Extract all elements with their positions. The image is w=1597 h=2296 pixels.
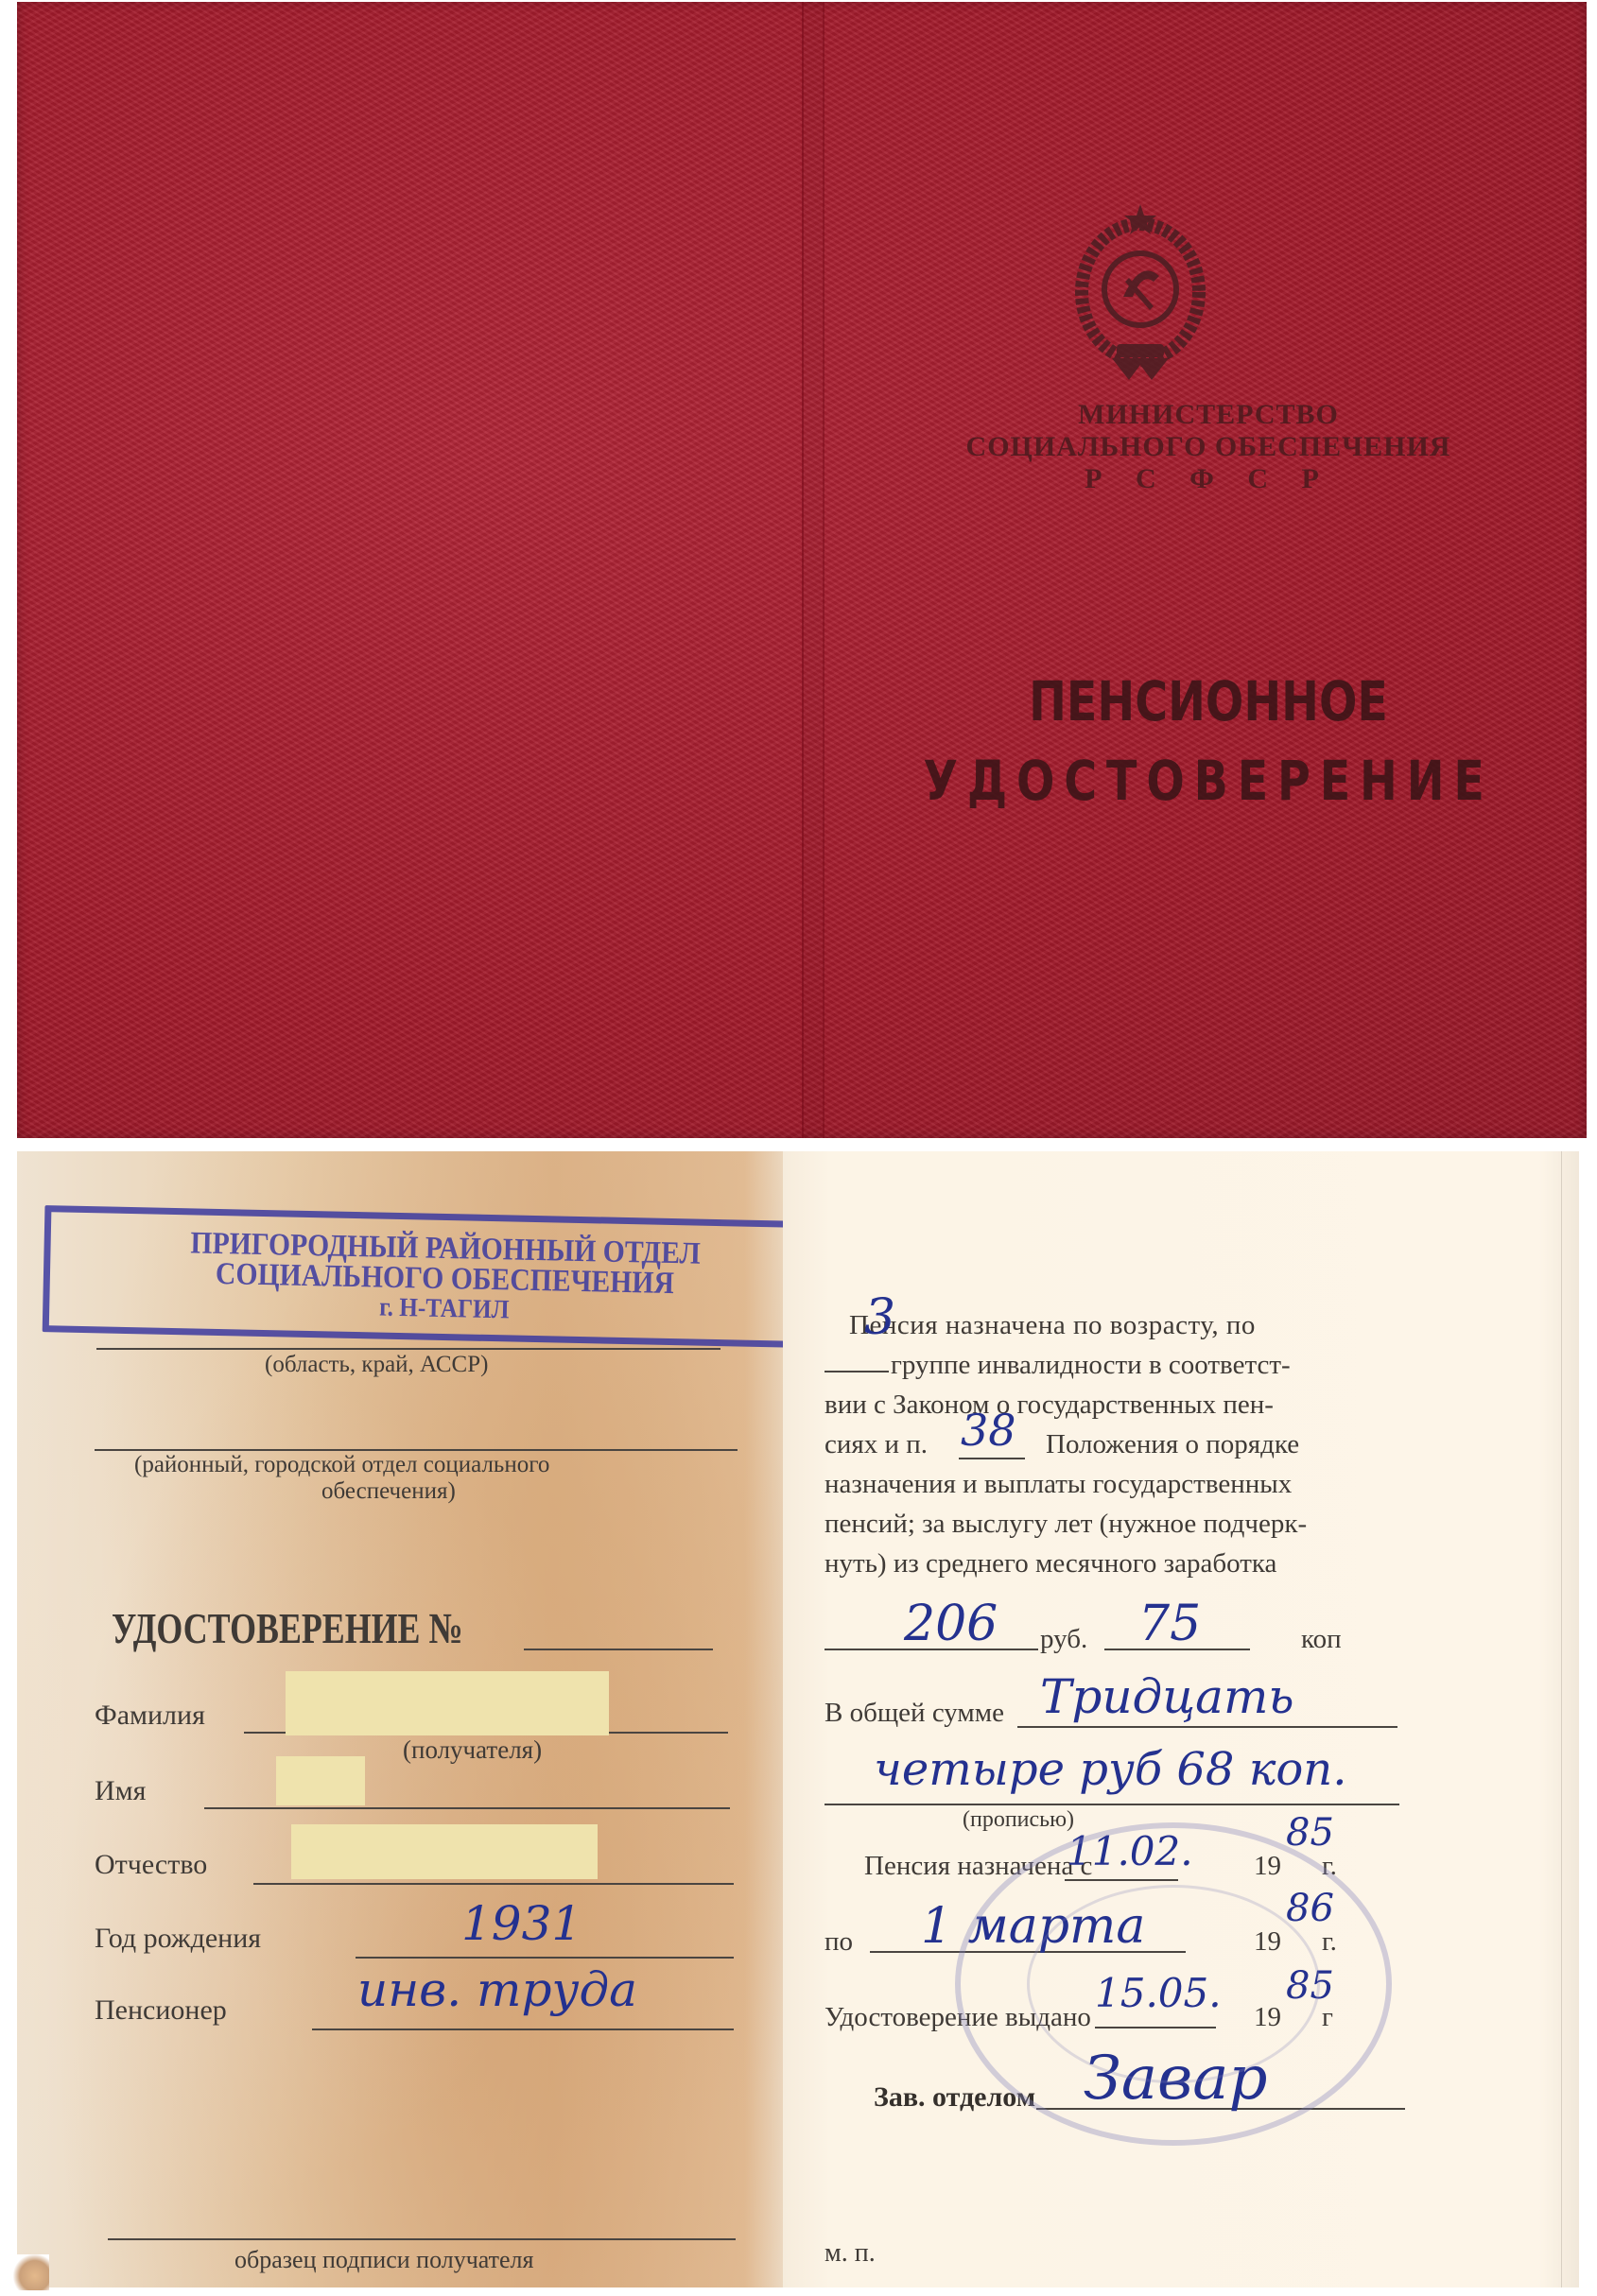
earnings-kop-value: 75 <box>1138 1596 1201 1652</box>
cover-title: ПЕНСИОННОЕ УДОСТОВЕРЕНИЕ <box>898 662 1519 820</box>
birth-year-label: Год рождения <box>95 1923 261 1955</box>
disability-group-line <box>825 1371 889 1372</box>
ministry-line-3: Р С Ф С Р <box>830 463 1587 495</box>
total-words-line-1: Тридцать <box>1040 1669 1294 1724</box>
paragraph-line-7: нуть) из среднего месячного заработка <box>825 1548 1276 1580</box>
paragraph-line-4b: Положения о порядке <box>1046 1429 1299 1460</box>
paragraph-line-3: вии с Законом о государственных пен- <box>825 1390 1274 1421</box>
signature-sample-caption: образец подписи получателя <box>234 2246 534 2274</box>
cover-spine <box>802 2 825 1138</box>
booklet-inner-spread: ПРИГОРОДНЫЙ РАЙОННЫЙ ОТДЕЛ СОЦИАЛЬНОГО О… <box>17 1151 1579 2287</box>
paragraph-line-6: пенсий; за выслугу лет (нужное подчерк- <box>825 1509 1307 1540</box>
clause-line <box>959 1458 1025 1459</box>
department-stamp: ПРИГОРОДНЫЙ РАЙОННЫЙ ОТДЕЛ СОЦИАЛЬНОГО О… <box>43 1205 848 1349</box>
department-caption-1: (районный, городской отдел социального <box>134 1452 549 1478</box>
ministry-line-1: МИНИСТЕРСТВО <box>830 399 1587 431</box>
paragraph-line-1: Пенсия назначена по возрасту, по <box>849 1310 1256 1341</box>
name-line <box>204 1807 730 1809</box>
birth-year-line <box>356 1957 734 1959</box>
total-line-2 <box>825 1804 1399 1805</box>
patronymic-line <box>253 1883 734 1885</box>
official-round-seal <box>955 1822 1392 2146</box>
until-label: по <box>825 1926 853 1958</box>
patronymic-label: Отчество <box>95 1849 207 1881</box>
clause-value: 38 <box>961 1405 1016 1456</box>
recipient-caption: (получателя) <box>403 1735 542 1765</box>
region-line <box>96 1348 720 1350</box>
paragraph-line-2: группе инвалидности в соответст- <box>891 1350 1291 1381</box>
department-caption-2: обеспечения) <box>321 1478 456 1505</box>
in-words-caption: (прописью) <box>963 1807 1074 1833</box>
cover-title-line-2: УДОСТОВЕРЕНИЕ <box>898 741 1519 820</box>
region-caption: (область, край, АССР) <box>265 1352 488 1378</box>
torn-corner <box>13 2254 49 2290</box>
seal-inner-ring <box>1027 1885 1320 2083</box>
patronymic-redaction <box>291 1824 598 1879</box>
pensioner-line <box>312 2028 734 2030</box>
rsfsr-coat-of-arms-icon <box>1074 202 1206 382</box>
left-page: ПРИГОРОДНЫЙ РАЙОННЫЙ ОТДЕЛ СОЦИАЛЬНОГО О… <box>17 1151 783 2287</box>
page-edge <box>1561 1151 1562 2287</box>
disability-group-value: 3 <box>864 1289 895 1346</box>
pensioner-value: инв. труда <box>357 1962 637 2017</box>
paragraph-line-4a: сиях и п. <box>825 1429 928 1460</box>
surname-label: Фамилия <box>95 1700 205 1732</box>
total-line-1 <box>1017 1726 1397 1728</box>
cover-title-line-1: ПЕНСИОННОЕ <box>898 662 1519 741</box>
certificate-number-heading: УДОСТОВЕРЕНИЕ № <box>112 1603 463 1653</box>
pensioner-label: Пенсионер <box>95 1994 227 2027</box>
surname-redaction <box>286 1671 609 1735</box>
booklet-cover: МИНИСТЕРСТВО СОЦИАЛЬНОГО ОБЕСПЕЧЕНИЯ Р С… <box>17 2 1587 1138</box>
ministry-name: МИНИСТЕРСТВО СОЦИАЛЬНОГО ОБЕСПЕЧЕНИЯ Р С… <box>830 399 1587 495</box>
name-redaction <box>276 1756 365 1805</box>
name-label: Имя <box>95 1775 146 1807</box>
department-line <box>95 1449 738 1451</box>
certificate-number-line <box>524 1649 713 1650</box>
paragraph-line-5: назначения и выплаты государственных <box>825 1469 1292 1500</box>
birth-year-value: 1931 <box>461 1896 582 1951</box>
earnings-rub-value: 206 <box>904 1596 998 1652</box>
ministry-line-2: СОЦИАЛЬНОГО ОБЕСПЕЧЕНИЯ <box>830 431 1587 463</box>
rub-label: руб. <box>1040 1624 1087 1655</box>
kop-label: коп <box>1301 1624 1342 1655</box>
total-label: В общей сумме <box>825 1698 1004 1729</box>
seal-place-label: м. п. <box>825 2238 876 2269</box>
total-words-line-2: четыре руб 68 коп. <box>874 1743 1346 1796</box>
signature-sample-line <box>108 2238 736 2240</box>
